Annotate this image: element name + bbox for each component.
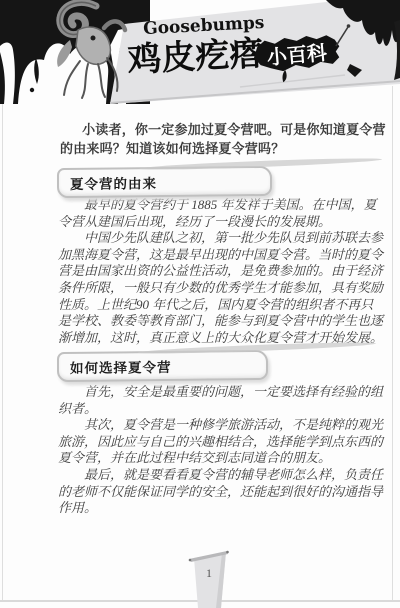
page-header: Goosebumps 鸡皮疙瘩 小百科 (0, 0, 400, 104)
section-heading-origin: 夏令营的由来 (57, 166, 272, 198)
page-edge-left (2, 96, 3, 601)
paragraph: 最早的夏令营约于 1885 年发祥于美国。在中国，夏令营从建国后出现，经历了一段… (58, 197, 386, 230)
book-page: Goosebumps 鸡皮疙瘩 小百科 小读者，你一定参加过夏令营吧。可是你知道… (0, 0, 400, 608)
banner-smear (139, 156, 382, 171)
paragraph: 最后，就是要看看夏令营的辅导老师怎么样，负责任的老师不仅能保证同学的安全，还能起… (58, 467, 386, 517)
page-number: 1 (206, 566, 212, 580)
paragraph: 首先，安全是最重要的问题，一定要选择有经验的组织者。 (58, 384, 386, 417)
paragraph: 中国少先队建队之初，第一批少先队员到前苏联去参加黑海夏令营，这是最早出现的中国夏… (58, 230, 386, 346)
section-choose-body: 首先，安全是最重要的问题，一定要选择有经验的组织者。 其次，夏令营是一种修学旅游… (58, 384, 386, 517)
section-heading-how-to-choose: 如何选择夏令营 (57, 350, 268, 382)
section-origin-body: 最早的夏令营约于 1885 年发祥于美国。在中国，夏令营从建国后出现，经历了一段… (58, 197, 386, 346)
paragraph: 其次，夏令营是一种修学旅游活动，不是纯粹的观光旅游，因此应与自己的兴趣相结合，选… (58, 417, 386, 467)
series-title: 鸡皮疙瘩 (127, 34, 265, 79)
page-edge-right (392, 86, 393, 601)
page-number-ribbon: 1 (186, 548, 232, 608)
section-heading-label: 如何选择夏令营 (70, 360, 172, 376)
section-heading-label: 夏令营的由来 (70, 176, 157, 192)
intro-paragraph: 小读者，你一定参加过夏令营吧。可是你知道夏令营的由来吗？知道该如何选择夏令营吗？ (60, 120, 388, 158)
